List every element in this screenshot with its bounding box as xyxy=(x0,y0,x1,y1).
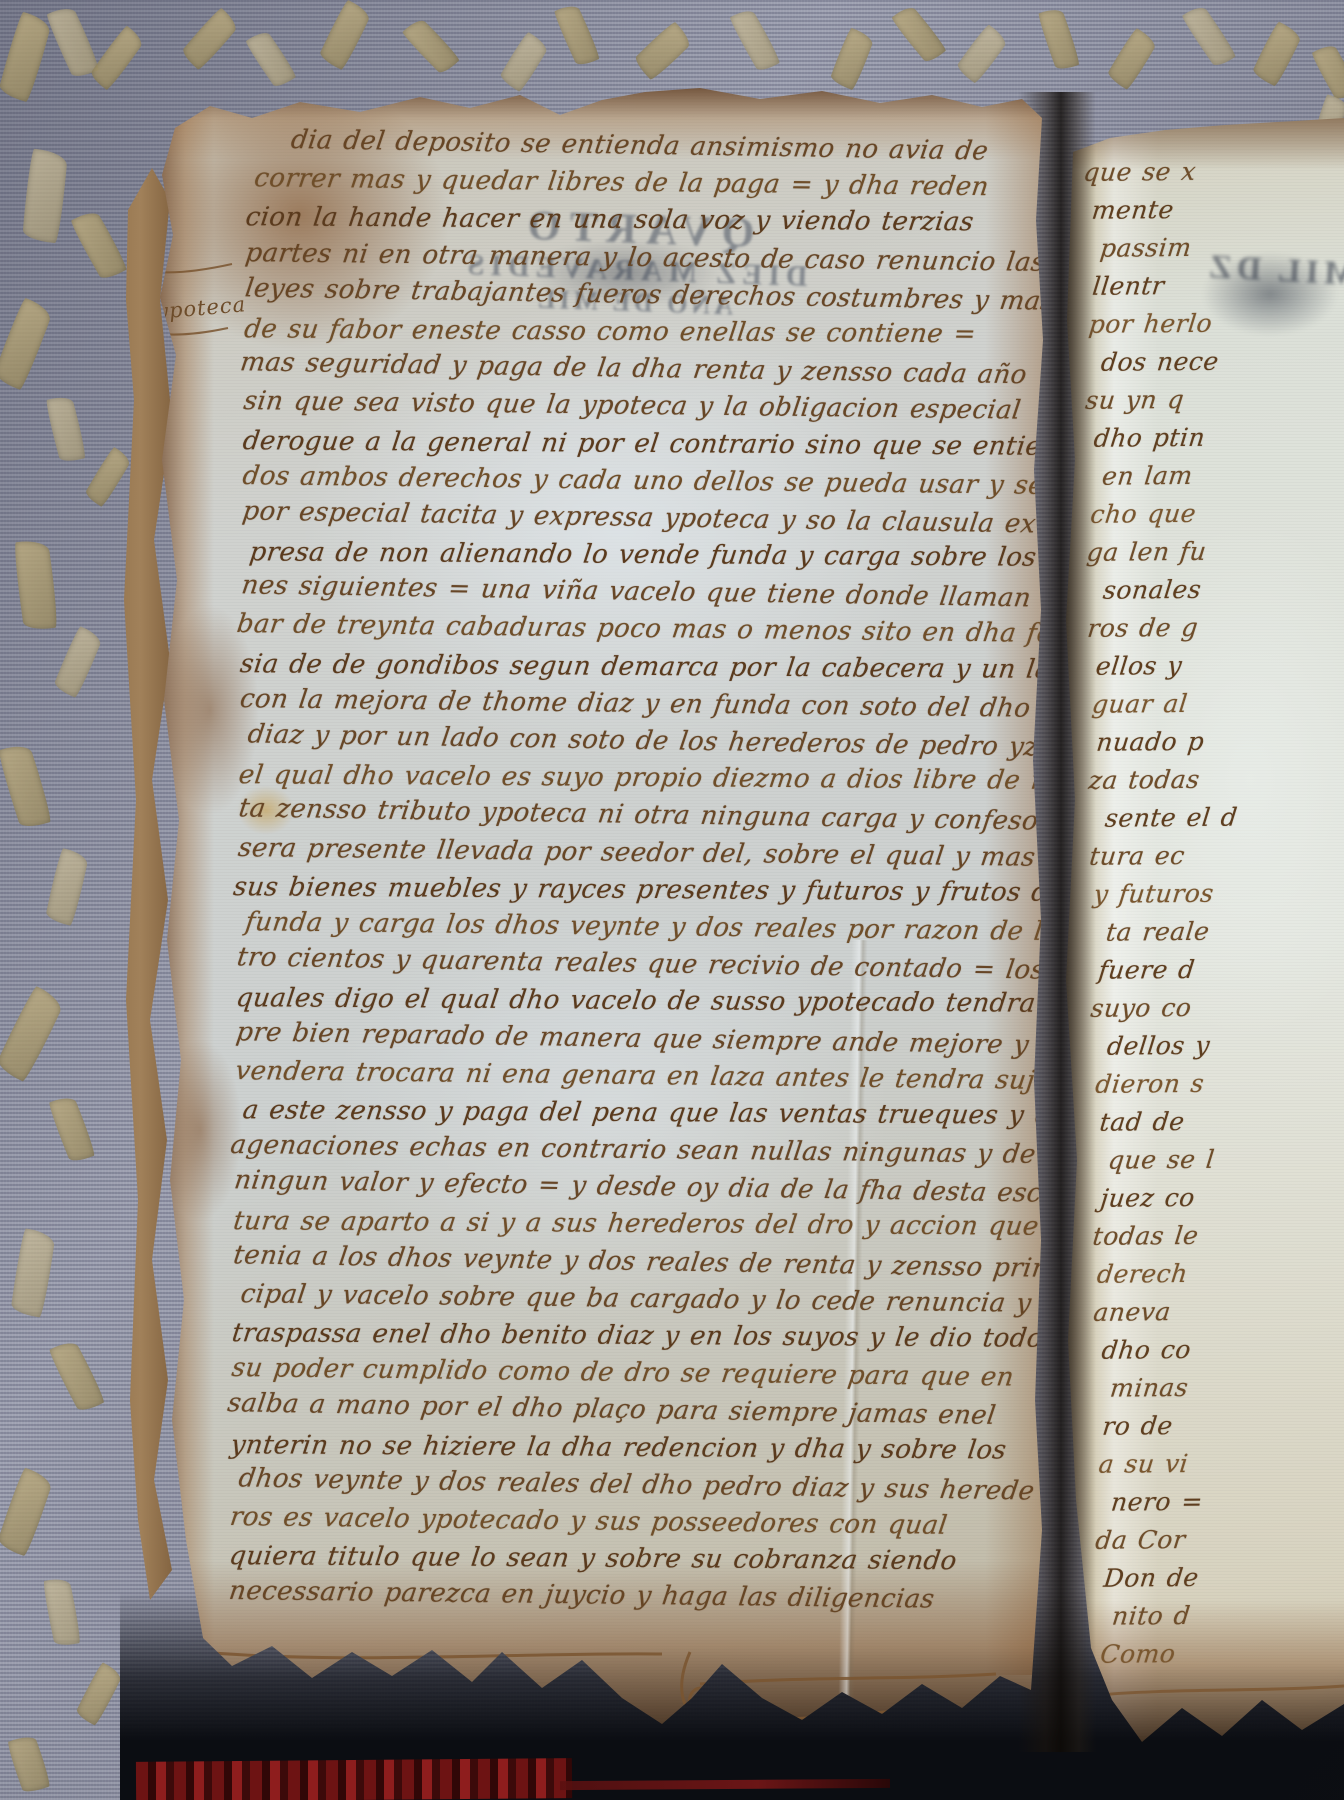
manuscript-line-fragment: todas le xyxy=(1091,1214,1344,1256)
red-striped-object xyxy=(136,1758,572,1800)
manuscript-line-fragment: llentr xyxy=(1090,264,1344,306)
manuscript-line-fragment: nito d xyxy=(1110,1594,1344,1636)
manuscript-line-fragment: ga len fu xyxy=(1085,530,1344,572)
manuscript-line-fragment: su yn q xyxy=(1083,378,1344,420)
manuscript-line-fragment: passim xyxy=(1098,226,1344,268)
manuscript-line-fragment: ros de g xyxy=(1085,606,1344,648)
right-page-text-column: que se xmentepassimllentrpor herlodos ne… xyxy=(1083,150,1344,1674)
manuscript-line-fragment: fuere d xyxy=(1096,948,1344,990)
manuscript-line-fragment: suyo co xyxy=(1089,986,1344,1028)
manuscript-line-fragment: en lam xyxy=(1100,454,1344,496)
manuscript-line-fragment: Como xyxy=(1098,1632,1344,1674)
manuscript-text-block: dia del deposito se entienda ansimismo n… xyxy=(229,123,1059,1620)
manuscript-line-fragment: sonales xyxy=(1101,568,1344,610)
manuscript-line-fragment: dho co xyxy=(1100,1328,1344,1370)
manuscript-line-fragment: cho que xyxy=(1088,492,1344,534)
manuscript-line-fragment: por herlo xyxy=(1087,302,1344,344)
manuscript-line-fragment: ro de xyxy=(1100,1404,1344,1446)
manuscript-line-fragment: sente el d xyxy=(1103,796,1344,838)
manuscript-line-fragment: derech xyxy=(1095,1252,1344,1294)
manuscript-line-fragment: ta reale xyxy=(1104,910,1344,952)
manuscript-line-fragment: tura ec xyxy=(1087,834,1344,876)
manuscript-line-fragment: guar al xyxy=(1090,682,1344,724)
manuscript-line-fragment: mente xyxy=(1090,188,1344,230)
manuscript-line-fragment: da Cor xyxy=(1093,1518,1344,1560)
manuscript-line-fragment: za todas xyxy=(1087,758,1344,800)
manuscript-line-fragment: a su vi xyxy=(1097,1442,1344,1484)
manuscript-line-fragment: nuado p xyxy=(1094,720,1344,762)
manuscript-line-fragment: dos nece xyxy=(1099,340,1344,382)
manuscript-line-fragment: minas xyxy=(1108,1366,1344,1408)
manuscript-line-fragment: dellos y xyxy=(1105,1024,1344,1066)
margin-note-ypoteca: ypoteca xyxy=(155,292,247,324)
manuscript-line-fragment: que se l xyxy=(1106,1138,1344,1180)
manuscript-photo-scene: MIL DZ que se xmentepassimllentrpor herl… xyxy=(0,0,1344,1800)
manuscript-line-fragment: nero = xyxy=(1109,1480,1344,1522)
manuscript-line-fragment: dieron s xyxy=(1093,1062,1344,1104)
manuscript-line-fragment: dho ptin xyxy=(1092,416,1344,458)
manuscript-line-fragment: que se x xyxy=(1081,150,1344,192)
manuscript-line: necessario parezca en juycio y haga las … xyxy=(227,1573,1044,1620)
manuscript-line-fragment: aneva xyxy=(1091,1290,1344,1332)
manuscript-line-fragment: tad de xyxy=(1098,1100,1344,1142)
manuscript-line-fragment: y futuros xyxy=(1092,872,1344,914)
manuscript-line-fragment: ellos y xyxy=(1094,644,1344,686)
manuscript-line-fragment: Don de xyxy=(1102,1556,1344,1598)
manuscript-line-fragment: juez co xyxy=(1098,1176,1344,1218)
